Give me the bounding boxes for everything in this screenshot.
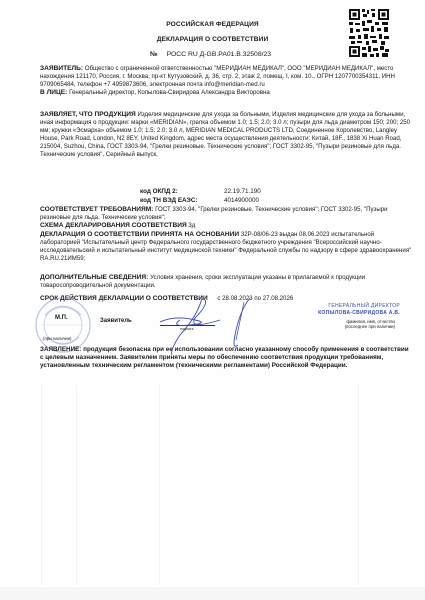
additional-section: ДОПОЛНИТЕЛЬНЫЕ СВЕДЕНИЯ: Условия хранени… xyxy=(40,274,412,290)
code-tnved: код ТН ВЭД ЕАЭС:4014900000 xyxy=(140,196,261,205)
scan-artifact xyxy=(41,385,42,585)
scan-artifact xyxy=(76,385,77,585)
scan-artifact xyxy=(159,385,160,585)
seal-note: (при наличии) xyxy=(43,336,72,341)
fio-note: (последнее при наличии) xyxy=(292,324,395,329)
requirements-label: СООТВЕТСТВУЕТ ТРЕБОВАНИЯМ: xyxy=(40,206,153,213)
applicant-section: ЗАЯВИТЕЛЬ: Общество с ограниченной ответ… xyxy=(40,65,412,97)
basis-label: ДЕКЛАРАЦИЯ О СООТВЕТСТВИИ ПРИНЯТА НА ОСН… xyxy=(40,231,239,238)
product-text: Изделия медицинские для ухода за больным… xyxy=(40,111,410,158)
declaration-number: РОСС RU Д-GB.РА01.В.32508/23 xyxy=(167,51,272,58)
statement-label: ЗАЯВЛЕНИЕ: xyxy=(40,346,81,353)
declaration-page: РОССИЙСКАЯ ФЕДЕРАЦИЯ ДЕКЛАРАЦИЯ О СООТВЕ… xyxy=(0,0,425,600)
statement-section: ЗАЯВЛЕНИЕ: продукция безопасна при ее ис… xyxy=(40,346,412,371)
qr-code-icon xyxy=(348,8,390,58)
product-section: ЗАЯВЛЯЕТ, ЧТО ПРОДУКЦИЯ Изделия медицинс… xyxy=(40,111,412,160)
code-tnved-value: 4014900000 xyxy=(224,197,259,204)
applicant-label: ЗАЯВИТЕЛЬ: xyxy=(40,65,83,72)
representative-text: Генеральный директор, Копылова-Свиридова… xyxy=(69,89,270,96)
scheme-value: 3д xyxy=(188,222,195,229)
scheme-label: СХЕМА ДЕКЛАРИРОВАНИЯ СООТВЕТСТВИЯ xyxy=(40,222,187,229)
code-okpd-label: код ОКПД 2: xyxy=(140,187,224,196)
code-okpd: код ОКПД 2:22.19.71.190 xyxy=(140,187,261,196)
code-okpd-value: 22.19.71.190 xyxy=(224,188,261,195)
declaration-number-line: №РОСС RU Д-GB.РА01.В.32508/23 xyxy=(150,51,271,58)
code-tnved-label: код ТН ВЭД ЕАЭС: xyxy=(140,196,224,205)
fio-caption: фамилия, имя, отчество (последнее при на… xyxy=(292,319,395,329)
representative-label: В ЛИЦЕ: xyxy=(40,89,67,96)
page-bottom-edge xyxy=(0,587,425,600)
applicant-signature-label: Заявитель xyxy=(100,318,132,324)
requirements-section: СООТВЕТСТВУЕТ ТРЕБОВАНИЯМ: ГОСТ 3303-94,… xyxy=(40,206,412,230)
product-label: ЗАЯВЛЯЕТ, ЧТО ПРОДУКЦИЯ xyxy=(40,111,136,118)
additional-label: ДОПОЛНИТЕЛЬНЫЕ СВЕДЕНИЯ: xyxy=(40,274,148,281)
statement-text: продукция безопасна при ее использовании… xyxy=(40,346,409,369)
seal-place-label: М.П. xyxy=(55,315,68,321)
basis-section: ДЕКЛАРАЦИЯ О СООТВЕТСТВИИ ПРИНЯТА НА ОСН… xyxy=(40,231,412,263)
codes-section: код ОКПД 2:22.19.71.190 код ТН ВЭД ЕАЭС:… xyxy=(140,187,261,205)
director-name: КОПЫЛОВА-СВИРИДОВА А.В. xyxy=(290,310,400,317)
director-stamp: ГЕНЕРАЛЬНЫЙ ДИРЕКТОР КОПЫЛОВА-СВИРИДОВА … xyxy=(290,303,400,317)
scan-artifact xyxy=(358,385,359,585)
applicant-text: Общество с ограниченной ответственностью… xyxy=(40,65,395,88)
number-sign: № xyxy=(150,51,158,58)
director-title: ГЕНЕРАЛЬНЫЙ ДИРЕКТОР xyxy=(290,303,400,310)
